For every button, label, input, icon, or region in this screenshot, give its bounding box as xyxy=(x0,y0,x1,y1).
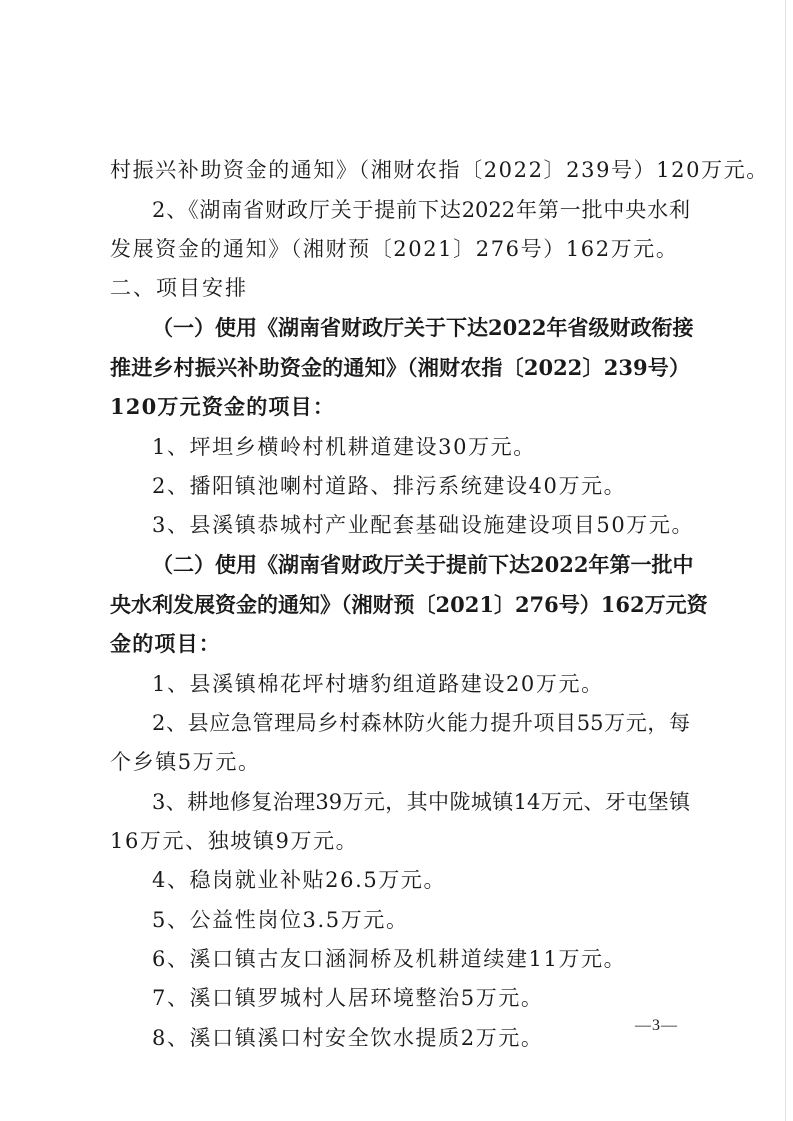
text-line: 16万元、独坡镇9万元。 xyxy=(110,821,690,861)
text-line: 5、公益性岗位3.5万元。 xyxy=(152,900,690,940)
text-line: 2、县应急管理局乡村森林防火能力提升项目55万元，每 xyxy=(152,703,690,743)
text-line: 发展资金的通知》（湘财预〔2021〕276号）162万元。 xyxy=(110,229,690,269)
text-line: 3、县溪镇恭城村产业配套基础设施建设项目50万元。 xyxy=(152,505,690,545)
text-line: 6、溪口镇古友口涵洞桥及机耕道续建11万元。 xyxy=(152,939,690,979)
text-line: 1、县溪镇棉花坪村塘豹组道路建设20万元。 xyxy=(152,664,690,704)
text-line: （二）使用《湖南省财政厅关于提前下达2022年第一批中 xyxy=(152,545,690,585)
text-line: 4、稳岗就业补贴26.5万元。 xyxy=(152,860,690,900)
text-line: 2、《湖南省财政厅关于提前下达2022年第一批中央水利 xyxy=(152,190,690,230)
text-line: 金的项目： xyxy=(110,624,690,664)
page-edge xyxy=(785,0,786,1121)
text-line: 1、坪坦乡横岭村机耕道建设30万元。 xyxy=(152,427,690,467)
text-line: 村振兴补助资金的通知》（湘财农指〔2022〕239号）120万元。 xyxy=(110,150,690,190)
text-line: 7、溪口镇罗城村人居环境整治5万元。 xyxy=(152,978,690,1018)
text-line: 2、播阳镇池喇村道路、排污系统建设40万元。 xyxy=(152,466,690,506)
text-line: 个乡镇5万元。 xyxy=(110,742,690,782)
text-line: 推进乡村振兴补助资金的通知》（湘财农指〔2022〕239号） xyxy=(110,348,690,388)
text-line: 央水利发展资金的通知》（湘财预〔2021〕276号）162万元资 xyxy=(110,585,690,625)
text-line: （一）使用《湖南省财政厅关于下达2022年省级财政衔接 xyxy=(152,308,690,348)
section-heading: 二、项目安排 xyxy=(110,268,690,308)
text-line: 8、溪口镇溪口村安全饮水提质2万元。 xyxy=(152,1018,690,1058)
page-number: —3— xyxy=(635,1015,678,1037)
text-line: 120万元资金的项目： xyxy=(110,387,690,427)
text-line: 3、耕地修复治理39万元，其中陇城镇14万元、牙屯堡镇 xyxy=(152,782,690,822)
